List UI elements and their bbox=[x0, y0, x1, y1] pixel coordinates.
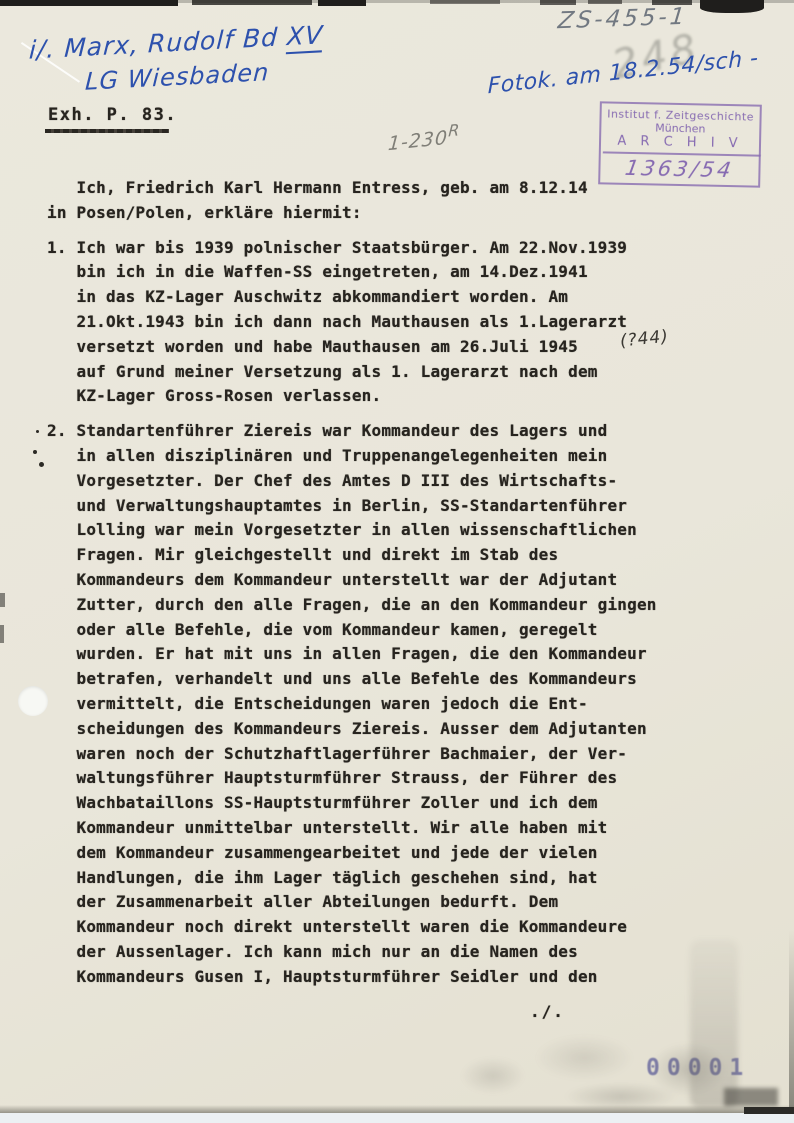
typed-text: Ich, Friedrich Karl Hermann Entress, geb… bbox=[47, 176, 657, 990]
typed-line: 1. Ich war bis 1939 polnischer Staatsbür… bbox=[47, 236, 657, 261]
typed-line: Vorgesetzter. Der Chef des Amtes D III d… bbox=[47, 469, 657, 494]
typed-line: Wachbataillons SS-Hauptsturmführer Zolle… bbox=[47, 791, 657, 816]
typed-line: in allen disziplinären und Truppenangele… bbox=[47, 444, 657, 469]
ink-speck bbox=[36, 430, 39, 433]
typed-line: Kommandeur noch direkt unterstellt waren… bbox=[47, 915, 657, 940]
scan-edge-artifact bbox=[0, 0, 794, 3]
edge-mark bbox=[0, 625, 4, 643]
typed-line: KZ-Lager Gross-Rosen verlassen. bbox=[47, 384, 657, 409]
typed-line: auf Grund meiner Versetzung als 1. Lager… bbox=[47, 360, 657, 385]
typed-line: wurden. Er hat mit uns in allen Fragen, … bbox=[47, 642, 657, 667]
typed-line: waltungsführer Hauptsturmführer Strauss,… bbox=[47, 766, 657, 791]
archive-stamp: Institut f. Zeitgeschichte München A R C… bbox=[598, 101, 762, 187]
ink-speck bbox=[39, 462, 44, 467]
typed-line: oder alle Befehle, die vom Kommandeur ka… bbox=[47, 618, 657, 643]
typed-paragraph: Ich, Friedrich Karl Hermann Entress, geb… bbox=[47, 176, 657, 226]
typed-line: Fragen. Mir gleichgestellt und direkt im… bbox=[47, 543, 657, 568]
pencil-page-ref: 1-230R bbox=[387, 120, 461, 155]
typed-line: Lolling war mein Vorgesetzter in allen w… bbox=[47, 518, 657, 543]
typed-line: Kommandeur unmittelbar unterstellt. Wir … bbox=[47, 816, 657, 841]
page-bottom-shadow bbox=[0, 1105, 794, 1113]
typed-line: versetzt worden und habe Mauthausen am 2… bbox=[47, 335, 657, 360]
typed-line: vermittelt, die Entscheidungen waren jed… bbox=[47, 692, 657, 717]
scan-grime bbox=[690, 940, 738, 1108]
edge-mark bbox=[0, 593, 5, 607]
typed-line: Zutter, durch den alle Fragen, die an de… bbox=[47, 593, 657, 618]
handwritten-date-note: (?44) bbox=[619, 326, 670, 351]
typed-line: bin ich in die Waffen-SS eingetreten, am… bbox=[47, 260, 657, 285]
scanned-page: i/. Marx, Rudolf Bd XV LG Wiesbaden ZS-4… bbox=[0, 0, 794, 1113]
typed-paragraph: 2. Standartenführer Ziereis war Kommande… bbox=[47, 419, 657, 989]
typed-line: und Verwaltungshauptamtes in Berlin, SS-… bbox=[47, 494, 657, 519]
continuation-mark: ./. bbox=[530, 1002, 565, 1021]
typed-line: Kommandeurs dem Kommandeur unterstellt w… bbox=[47, 568, 657, 593]
pencil-page-ref-sup: R bbox=[448, 120, 461, 141]
typed-line: 21.Okt.1943 bin ich dann nach Mauthausen… bbox=[47, 310, 657, 335]
typed-line: dem Kommandeur zusammengearbeitet und je… bbox=[47, 841, 657, 866]
volume-number: XV bbox=[286, 20, 324, 54]
handwritten-case-note: i/. Marx, Rudolf Bd XV LG Wiesbaden bbox=[26, 18, 324, 102]
typed-line: scheidungen des Kommandeurs Ziereis. Aus… bbox=[47, 717, 657, 742]
typed-line: waren noch der Schutzhaftlagerführer Bac… bbox=[47, 742, 657, 767]
exhibit-label: Exh. P. 83. bbox=[48, 105, 177, 125]
scan-grime bbox=[724, 1088, 778, 1106]
scan-edge-artifact bbox=[789, 930, 794, 1113]
scan-edge-artifact bbox=[744, 1107, 794, 1114]
typed-line: 2. Standartenführer Ziereis war Kommande… bbox=[47, 419, 657, 444]
typed-line: Handlungen, die ihm Lager täglich gesche… bbox=[47, 866, 657, 891]
typed-line: der Zusammenarbeit aller Abteilungen bed… bbox=[47, 890, 657, 915]
punch-hole bbox=[18, 686, 48, 716]
exhibit-underline bbox=[45, 129, 169, 133]
typed-line: betrafen, verhandelt und uns alle Befehl… bbox=[47, 667, 657, 692]
typed-line: Kommandeurs Gusen I, Hauptsturmführer Se… bbox=[47, 965, 657, 990]
typed-line: der Aussenlager. Ich kann mich nur an di… bbox=[47, 940, 657, 965]
typed-line: Ich, Friedrich Karl Hermann Entress, geb… bbox=[47, 176, 657, 201]
typed-paragraph: 1. Ich war bis 1939 polnischer Staatsbür… bbox=[47, 236, 657, 410]
typed-line: in Posen/Polen, erkläre hiermit: bbox=[47, 201, 657, 226]
ink-speck bbox=[33, 450, 37, 454]
typed-line: in das KZ-Lager Auschwitz abkommandiert … bbox=[47, 285, 657, 310]
